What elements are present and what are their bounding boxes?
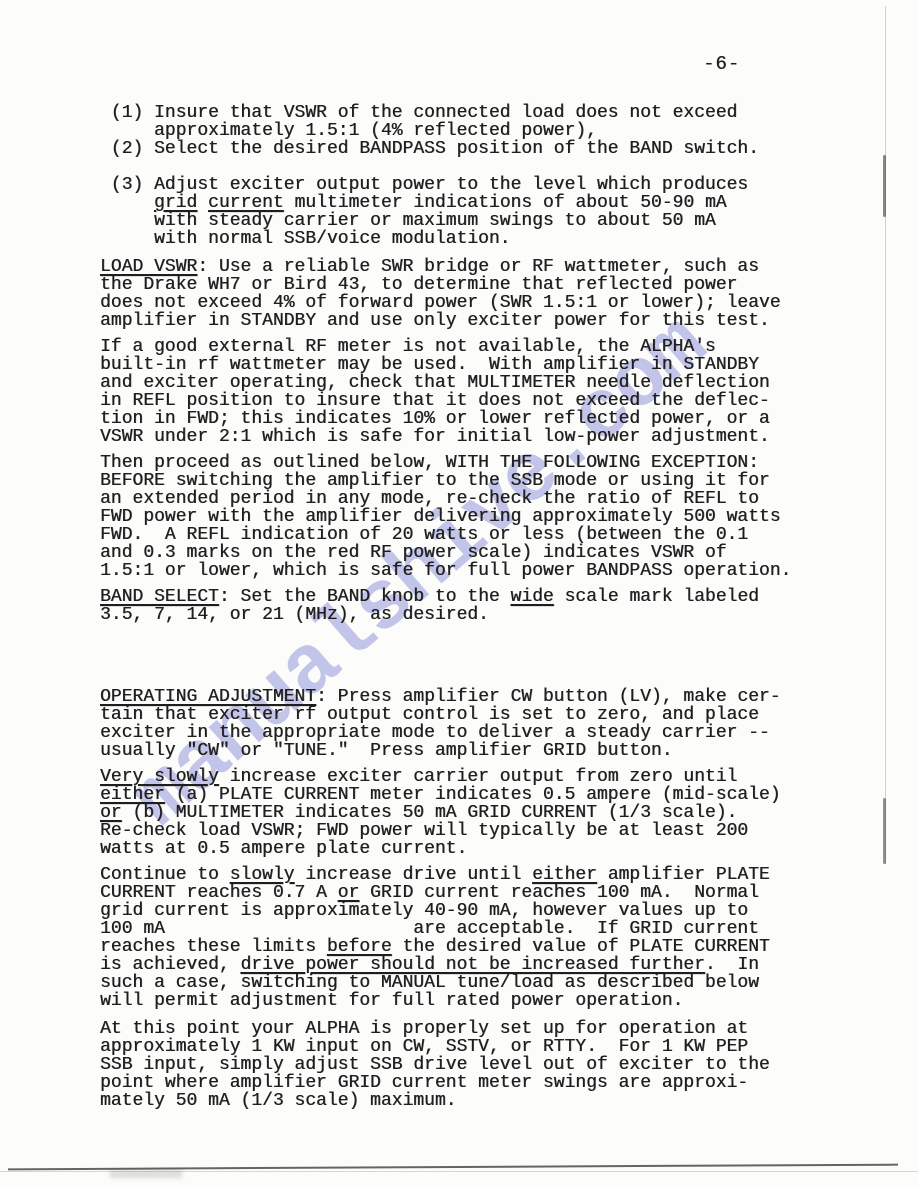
text-line: or (b) MULTIMETER indicates 50 mA GRID C…	[100, 804, 791, 822]
text-segment: (2) Select the desired BANDPASS position…	[100, 139, 759, 159]
text-line: grid current is approximately 40-90 mA, …	[100, 902, 791, 920]
text-line: OPERATING ADJUSTMENT: Press amplifier CW…	[100, 688, 791, 706]
text-segment	[100, 193, 154, 213]
underlined-text: grid	[154, 193, 197, 213]
text-line: an extended period in any mode, re-check…	[100, 490, 791, 508]
text-segment: Then proceed as outlined below, WITH THE…	[100, 453, 759, 473]
underlined-text: slowly	[230, 865, 295, 885]
text-segment: increase drive until	[294, 865, 532, 885]
text-line: 1.5:1 or lower, which is safe for full p…	[100, 562, 791, 580]
text-segment: point where amplifier GRID current meter…	[100, 1073, 748, 1093]
text-segment: is achieved,	[100, 955, 240, 975]
text-line: the Drake WH7 or Bird 43, to determine t…	[100, 276, 791, 294]
text-segment: such a case, switching to MANUAL tune/lo…	[100, 973, 759, 993]
text-line: mately 50 mA (1/3 scale) maximum.	[100, 1092, 791, 1110]
text-segment: and 0.3 marks on the red RF power scale)…	[100, 543, 727, 563]
text-segment: If a good external RF meter is not avail…	[100, 337, 716, 357]
underlined-text: or	[338, 883, 360, 903]
text-segment: GRID current reaches 100 mA. Normal	[359, 883, 759, 903]
text-line: and exciter operating, check that MULTIM…	[100, 374, 791, 392]
text-segment: BEFORE switching the amplifier to the SS…	[100, 471, 770, 491]
text-line: tain that exciter rf output control is s…	[100, 706, 791, 724]
text-line: approximately 1 KW input on CW, SSTV, or…	[100, 1038, 791, 1056]
text-segment: Re-check load VSWR; FWD power will typic…	[100, 821, 748, 841]
text-segment: . In	[705, 955, 759, 975]
text-segment: Continue to	[100, 865, 230, 885]
underlined-text: OPERATING ADJUSTMENT	[100, 687, 316, 707]
text-line: and 0.3 marks on the red RF power scale)…	[100, 544, 791, 562]
text-line: 100 mA are acceptable. If GRID current	[100, 920, 791, 938]
scan-edge-blob-bottom	[883, 798, 886, 864]
text-segment: exciter in the appropriate mode to deliv…	[100, 723, 770, 743]
text-line: usually "CW" or "TUNE." Press amplifier …	[100, 742, 791, 760]
text-segment: with normal SSB/voice modulation.	[100, 229, 510, 249]
underlined-text: or	[100, 803, 122, 823]
text-segment: : Press amplifier CW button (LV), make c…	[316, 687, 780, 707]
text-segment: with steady carrier or maximum swings to…	[100, 211, 716, 231]
text-line: reaches these limits before the desired …	[100, 938, 791, 956]
underlined-text: current	[208, 193, 284, 213]
text-segment: an extended period in any mode, re-check…	[100, 489, 759, 509]
text-segment: will permit adjustment for full rated po…	[100, 991, 683, 1011]
text-line: SSB input, simply adjust SSB drive level…	[100, 1056, 791, 1074]
text-line: FWD. A REFL indication of 20 watts or le…	[100, 526, 791, 544]
text-line: approximately 1.5:1 (4% reflected power)…	[100, 122, 791, 140]
text-line: such a case, switching to MANUAL tune/lo…	[100, 974, 791, 992]
text-segment: approximately 1.5:1 (4% reflected power)…	[100, 121, 597, 141]
scan-edge-blob-top	[883, 155, 886, 217]
text-segment: usually "CW" or "TUNE." Press amplifier …	[100, 741, 673, 761]
text-line: If a good external RF meter is not avail…	[100, 338, 791, 356]
text-line: CURRENT reaches 0.7 A or GRID current re…	[100, 884, 791, 902]
underlined-text: LOAD VSWR	[100, 257, 197, 277]
text-line: 3.5, 7, 14, or 21 (MHz), as desired.	[100, 606, 791, 624]
text-line: (2) Select the desired BANDPASS position…	[100, 140, 791, 158]
text-segment: FWD power with the amplifier delivering …	[100, 507, 781, 527]
document-body: (1) Insure that VSWR of the connected lo…	[100, 104, 791, 1110]
text-segment: (3) Adjust exciter output power to the l…	[100, 175, 748, 195]
text-segment: amplifier in STANDBY and use only excite…	[100, 311, 770, 331]
underlined-text: before	[327, 937, 392, 957]
text-line: either (a) PLATE CURRENT meter indicates…	[100, 786, 791, 804]
text-line: point where amplifier GRID current meter…	[100, 1074, 791, 1092]
scan-edge-vertical-line	[885, 6, 886, 864]
text-segment: 100 mA are acceptable. If GRID current	[100, 919, 759, 939]
text-line: in REFL position to insure that it does …	[100, 392, 791, 410]
text-segment: reaches these limits	[100, 937, 327, 957]
underlined-text: Very slowly	[100, 767, 219, 787]
text-line: BAND SELECT: Set the BAND knob to the wi…	[100, 588, 791, 606]
text-segment: built-in rf wattmeter may be used. With …	[100, 355, 759, 375]
text-segment: (a) PLATE CURRENT meter indicates 0.5 am…	[165, 785, 781, 805]
text-segment: in REFL position to insure that it does …	[100, 391, 770, 411]
text-segment: the desired value of PLATE CURRENT	[392, 937, 770, 957]
text-segment: SSB input, simply adjust SSB drive level…	[100, 1055, 770, 1075]
text-line: built-in rf wattmeter may be used. With …	[100, 356, 791, 374]
scan-bottom-smudge	[110, 1170, 182, 1178]
text-line: is achieved, drive power should not be i…	[100, 956, 791, 974]
text-line: Re-check load VSWR; FWD power will typic…	[100, 822, 791, 840]
text-line: LOAD VSWR: Use a reliable SWR bridge or …	[100, 258, 791, 276]
text-line: grid current multimeter indications of a…	[100, 194, 791, 212]
text-segment: 1.5:1 or lower, which is safe for full p…	[100, 561, 791, 581]
text-line: does not exceed 4% of forward power (SWR…	[100, 294, 791, 312]
text-line: FWD power with the amplifier delivering …	[100, 508, 791, 526]
text-line: will permit adjustment for full rated po…	[100, 992, 791, 1010]
scanned-page: -6- manualshive.com (1) Insure that VSWR…	[0, 0, 918, 1188]
text-segment: increase exciter carrier output from zer…	[219, 767, 737, 787]
underlined-text: wide	[510, 587, 553, 607]
text-segment: does not exceed 4% of forward power (SWR…	[100, 293, 781, 313]
text-line: At this point your ALPHA is properly set…	[100, 1020, 791, 1038]
underlined-text: BAND SELECT	[100, 587, 219, 607]
text-segment: At this point your ALPHA is properly set…	[100, 1019, 748, 1039]
text-line: Continue to slowly increase drive until …	[100, 866, 791, 884]
text-line: tion in FWD; this indicates 10% or lower…	[100, 410, 791, 428]
text-line: Very slowly increase exciter carrier out…	[100, 768, 791, 786]
text-line: with steady carrier or maximum swings to…	[100, 212, 791, 230]
text-segment: : Set the BAND knob to the	[219, 587, 511, 607]
page-number: -6-	[703, 53, 740, 75]
text-line: exciter in the appropriate mode to deliv…	[100, 724, 791, 742]
text-segment: CURRENT reaches 0.7 A	[100, 883, 338, 903]
text-line: BEFORE switching the amplifier to the SS…	[100, 472, 791, 490]
text-segment: watts at 0.5 ampere plate current.	[100, 839, 467, 859]
text-segment	[197, 193, 208, 213]
text-line: (1) Insure that VSWR of the connected lo…	[100, 104, 791, 122]
text-line: Then proceed as outlined below, WITH THE…	[100, 454, 791, 472]
text-segment: 3.5, 7, 14, or 21 (MHz), as desired.	[100, 605, 489, 625]
text-line: VSWR under 2:1 which is safe for initial…	[100, 428, 791, 446]
text-segment: tion in FWD; this indicates 10% or lower…	[100, 409, 770, 429]
underlined-text: either	[100, 785, 165, 805]
underlined-text: either	[532, 865, 597, 885]
text-segment: and exciter operating, check that MULTIM…	[100, 373, 770, 393]
text-segment: VSWR under 2:1 which is safe for initial…	[100, 427, 770, 447]
text-segment: mately 50 mA (1/3 scale) maximum.	[100, 1091, 456, 1111]
text-segment: tain that exciter rf output control is s…	[100, 705, 759, 725]
text-segment: the Drake WH7 or Bird 43, to determine t…	[100, 275, 737, 295]
text-line: watts at 0.5 ampere plate current.	[100, 840, 791, 858]
text-line: amplifier in STANDBY and use only excite…	[100, 312, 791, 330]
text-segment: grid current is approximately 40-90 mA, …	[100, 901, 748, 921]
text-line: (3) Adjust exciter output power to the l…	[100, 176, 791, 194]
text-segment: scale mark labeled	[554, 587, 759, 607]
underlined-text: drive power should not be increased furt…	[240, 955, 704, 975]
text-line: with normal SSB/voice modulation.	[100, 230, 791, 248]
text-segment: FWD. A REFL indication of 20 watts or le…	[100, 525, 748, 545]
text-segment: : Use a reliable SWR bridge or RF wattme…	[197, 257, 759, 277]
text-segment: (1) Insure that VSWR of the connected lo…	[100, 103, 737, 123]
text-segment: approximately 1 KW input on CW, SSTV, or…	[100, 1037, 748, 1057]
text-segment: multimeter indications of about 50-90 mA	[284, 193, 727, 213]
text-segment: (b) MULTIMETER indicates 50 mA GRID CURR…	[122, 803, 738, 823]
text-segment: amplifier PLATE	[597, 865, 770, 885]
